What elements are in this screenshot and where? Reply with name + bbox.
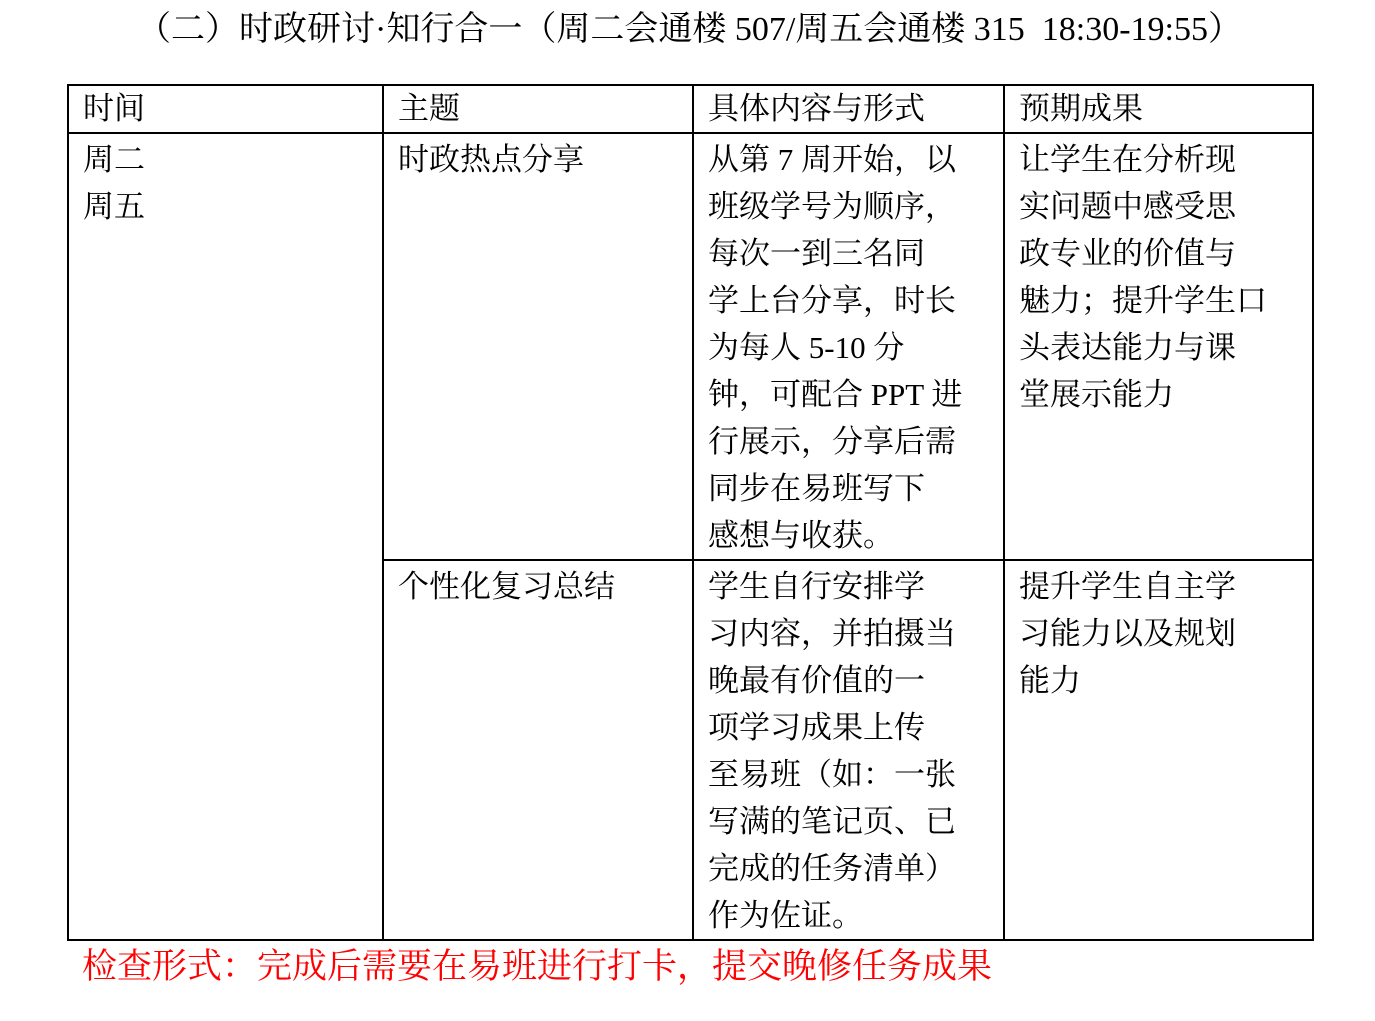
check-format-note: 检查形式：完成后需要在易班进行打卡，提交晚修任务成果	[82, 945, 1375, 989]
col-header-content: 具体内容与形式	[693, 85, 1004, 133]
col-header-outcome: 预期成果	[1004, 85, 1313, 133]
schedule-table: 时间 主题 具体内容与形式 预期成果 周二 周五 时政热点分享 从第 7 周开始…	[67, 84, 1314, 941]
cell-time: 周二 周五	[68, 133, 383, 940]
cell-topic-1: 时政热点分享	[383, 133, 693, 560]
cell-outcome-2: 提升学生自主学 习能力以及规划 能力	[1004, 560, 1313, 940]
document-page: （二）时政研讨·知行合一（周二会通楼 507/周五会通楼 315 18:30-1…	[0, 8, 1375, 1021]
table-header-row: 时间 主题 具体内容与形式 预期成果	[68, 85, 1313, 133]
cell-content-1: 从第 7 周开始，以 班级学号为顺序， 每次一到三名同 学上台分享，时长 为每人…	[693, 133, 1004, 560]
table-row: 周二 周五 时政热点分享 从第 7 周开始，以 班级学号为顺序， 每次一到三名同…	[68, 133, 1313, 560]
cell-content-2: 学生自行安排学 习内容，并拍摄当 晚最有价值的一 项学习成果上传 至易班（如：一…	[693, 560, 1004, 940]
cell-outcome-1: 让学生在分析现 实问题中感受思 政专业的价值与 魅力；提升学生口 头表达能力与课…	[1004, 133, 1313, 560]
section-title: （二）时政研讨·知行合一（周二会通楼 507/周五会通楼 315 18:30-1…	[67, 8, 1312, 52]
col-header-time: 时间	[68, 85, 383, 133]
col-header-topic: 主题	[383, 85, 693, 133]
cell-topic-2: 个性化复习总结	[383, 560, 693, 940]
